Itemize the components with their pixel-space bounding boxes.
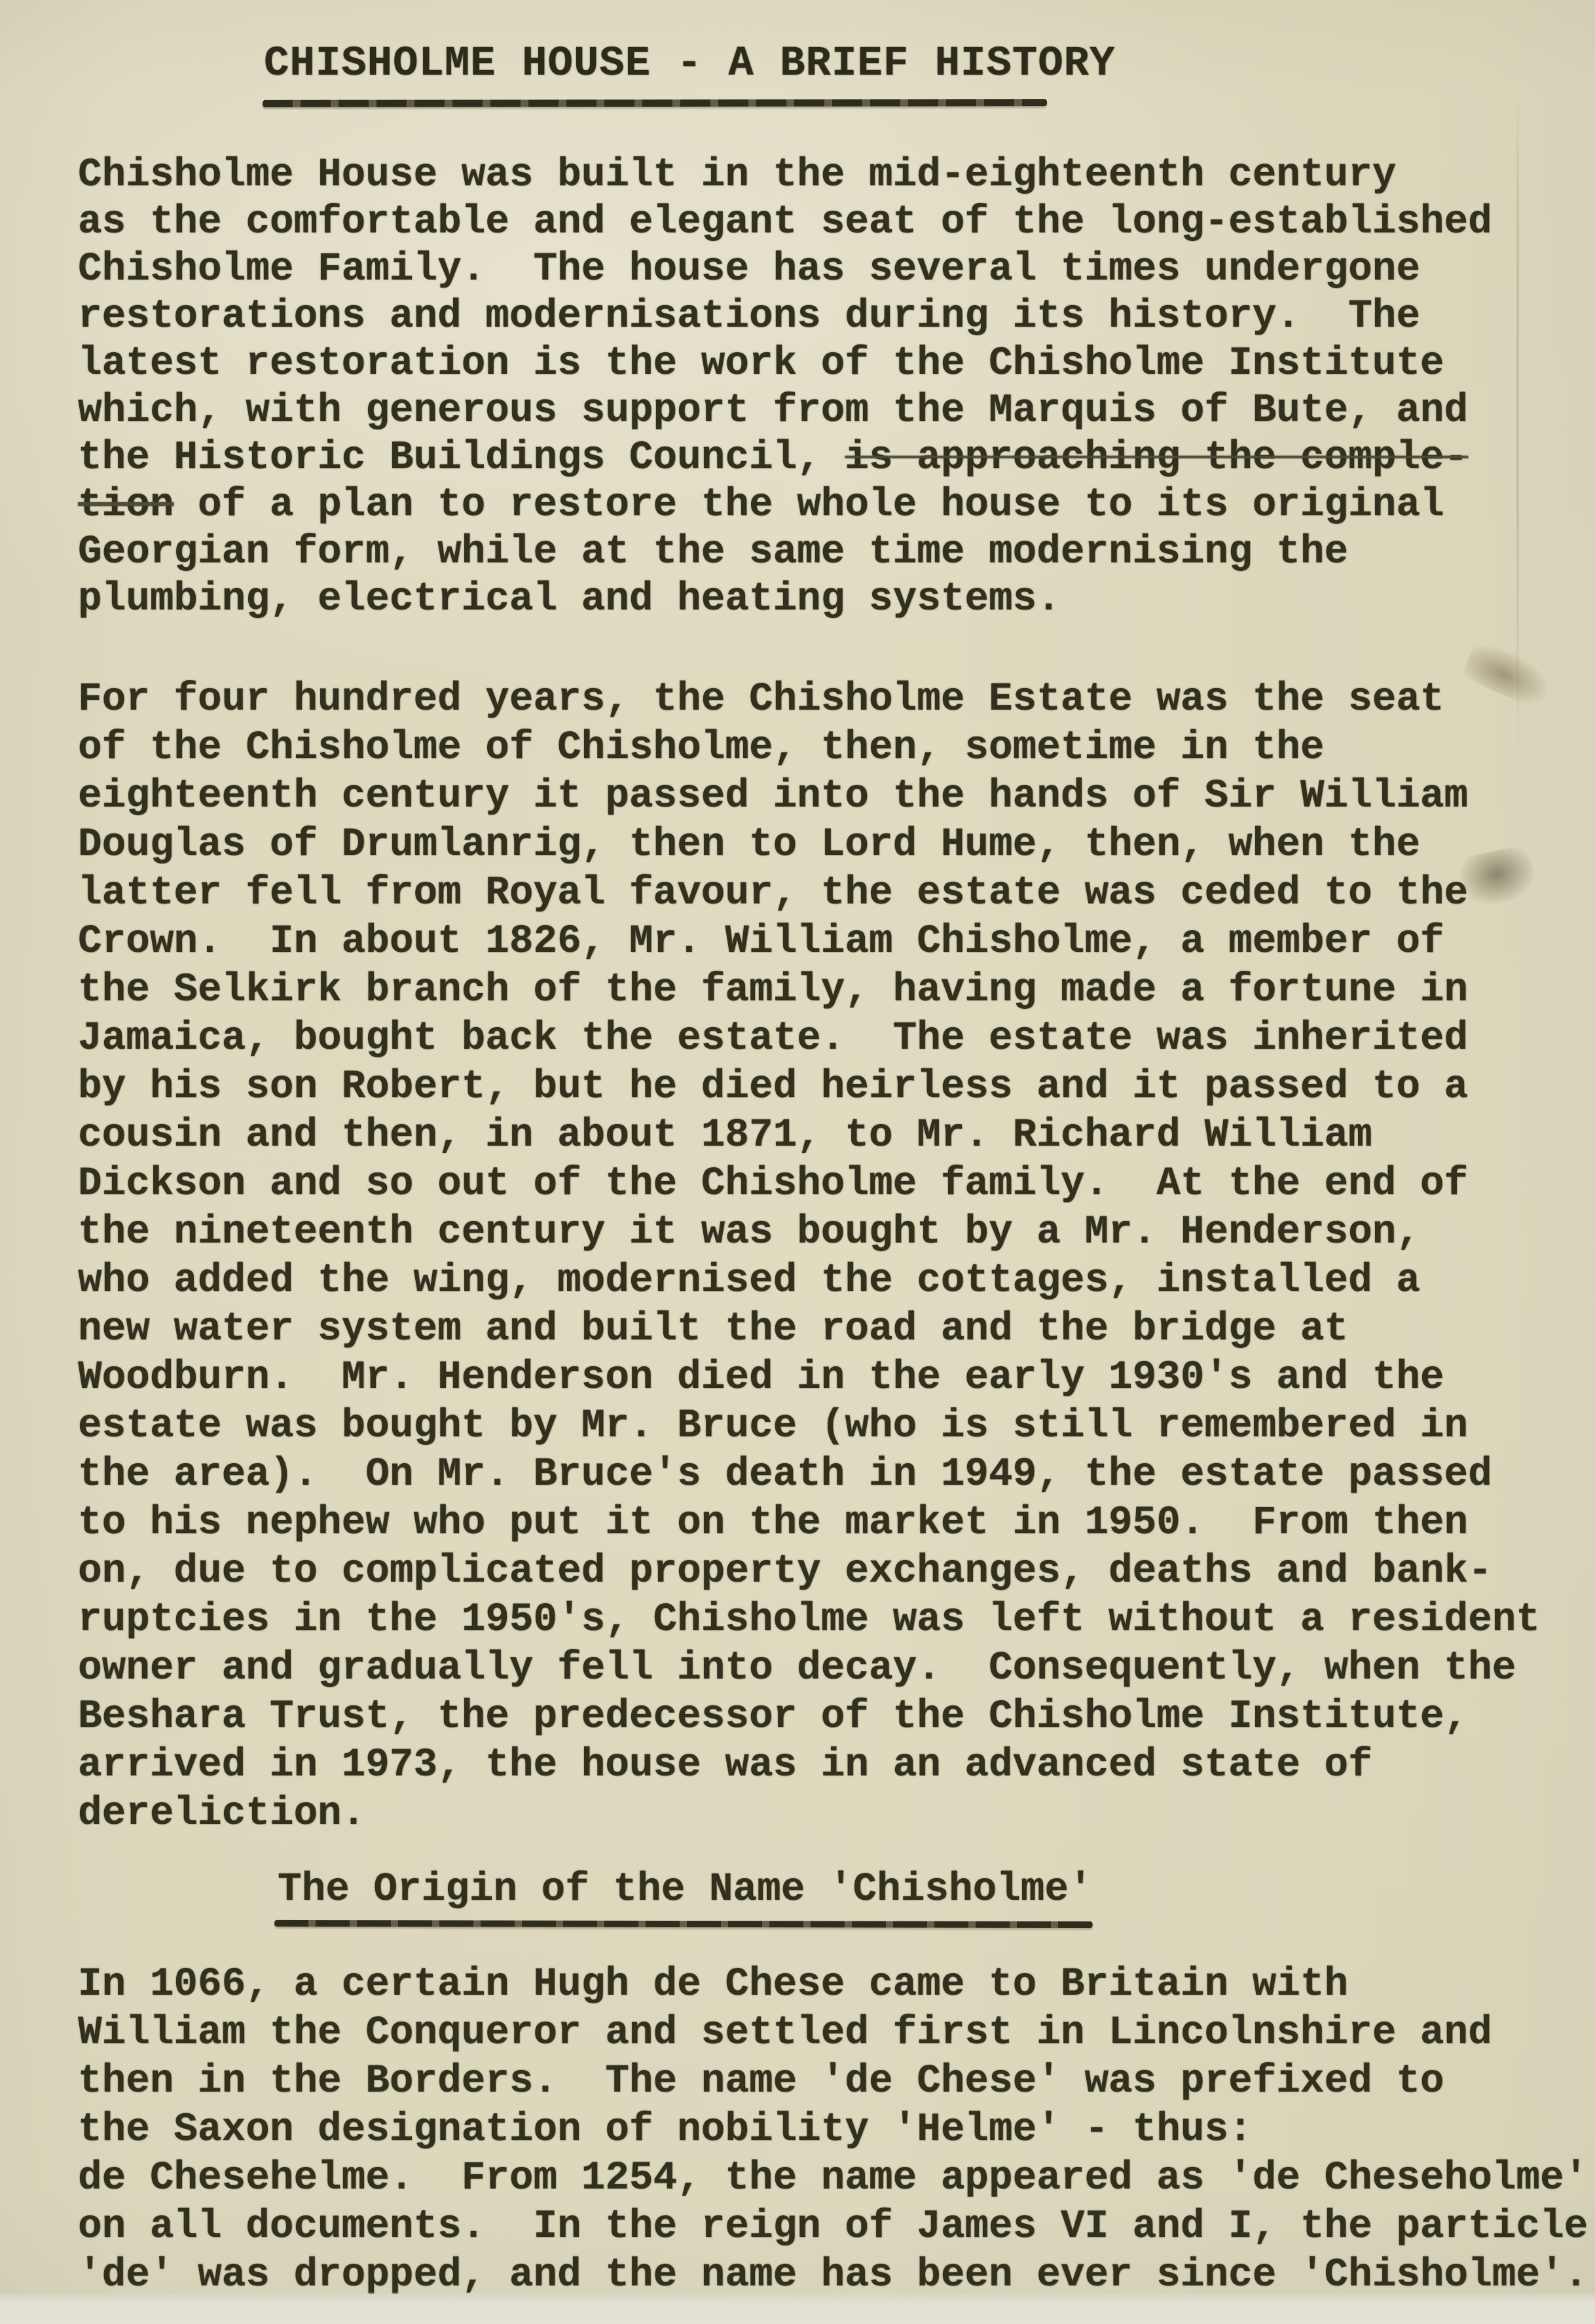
text-line: owner and gradually fell into decay. Con… [78,1644,1540,1693]
text-line: Douglas of Drumlanrig, then to Lord Hume… [78,821,1540,869]
strikethrough-text: tion [78,482,174,528]
text-line: by his son Robert, but he died heirless … [78,1063,1540,1112]
text-line-with-strike: the Historic Buildings Council, is appro… [78,435,1492,482]
text-line: Dickson and so out of the Chisholme fami… [78,1160,1540,1208]
text-line: Georgian form, while at the same time mo… [78,529,1492,576]
text-line: de Chesehelme. From 1254, the name appea… [78,2154,1588,2203]
text-line: who added the wing, modernised the cotta… [78,1257,1540,1305]
text-segment: of a plan to restore the whole house to … [174,482,1444,528]
text-line: dereliction. [78,1790,1540,1838]
text-line: William the Conqueror and settled first … [78,2009,1588,2058]
text-line: latter fell from Royal favour, the estat… [78,869,1540,918]
text-line-with-strike: tion of a plan to restore the whole hous… [78,482,1492,529]
text-line: latest restoration is the work of the Ch… [78,340,1492,388]
text-segment: the Historic Buildings Council, [78,435,845,481]
document-page: CHISHOLME HOUSE - A BRIEF HISTORY Chisho… [0,0,1595,2324]
strikethrough-text: is approaching the comple- [845,435,1468,481]
text-line: the area). On Mr. Bruce's death in 1949,… [78,1451,1540,1499]
section-heading: The Origin of the Name 'Chisholme' [278,1867,1093,1912]
title-underline [263,99,1047,107]
text-line: the Saxon designation of nobility 'Helme… [78,2106,1588,2154]
text-line: plumbing, electrical and heating systems… [78,576,1492,623]
text-line: which, with generous support from the Ma… [78,388,1492,435]
paragraph-1: Chisholme House was built in the mid-eig… [78,152,1492,623]
text-line: then in the Borders. The name 'de Chese'… [78,2058,1588,2106]
text-line: estate was bought by Mr. Bruce (who is s… [78,1402,1540,1451]
paragraph-2: For four hundred years, the Chisholme Es… [78,676,1540,1838]
text-line: For four hundred years, the Chisholme Es… [78,676,1540,724]
text-line: new water system and built the road and … [78,1305,1540,1354]
page-title: CHISHOLME HOUSE - A BRIEF HISTORY [264,41,1115,88]
text-line: ruptcies in the 1950's, Chisholme was le… [78,1596,1540,1644]
text-line: the nineteenth century it was bought by … [78,1208,1540,1257]
bottom-scan-band [0,2293,1595,2324]
text-line: as the comfortable and elegant seat of t… [78,199,1492,246]
text-line: restorations and modernisations during i… [78,293,1492,340]
text-line: Crown. In about 1826, Mr. William Chisho… [78,918,1540,966]
paper-fold-line [1516,92,1519,772]
text-line: on all documents. In the reign of James … [78,2203,1588,2251]
text-line: of the Chisholme of Chisholme, then, som… [78,724,1540,772]
text-line: on, due to complicated property exchange… [78,1548,1540,1596]
text-line: Chisholme House was built in the mid-eig… [78,152,1492,199]
text-line: Woodburn. Mr. Henderson died in the earl… [78,1354,1540,1402]
paragraph-3: In 1066, a certain Hugh de Chese came to… [78,1961,1588,2300]
heading-underline [274,1920,1093,1928]
text-line: cousin and then, in about 1871, to Mr. R… [78,1112,1540,1160]
text-line: arrived in 1973, the house was in an adv… [78,1741,1540,1790]
text-line: In 1066, a certain Hugh de Chese came to… [78,1961,1588,2009]
text-line: Jamaica, bought back the estate. The est… [78,1015,1540,1063]
text-line: the Selkirk branch of the family, having… [78,966,1540,1015]
text-line: to his nephew who put it on the market i… [78,1499,1540,1548]
text-line: eighteenth century it passed into the ha… [78,772,1540,821]
text-line: Beshara Trust, the predecessor of the Ch… [78,1693,1540,1741]
text-line: Chisholme Family. The house has several … [78,246,1492,293]
